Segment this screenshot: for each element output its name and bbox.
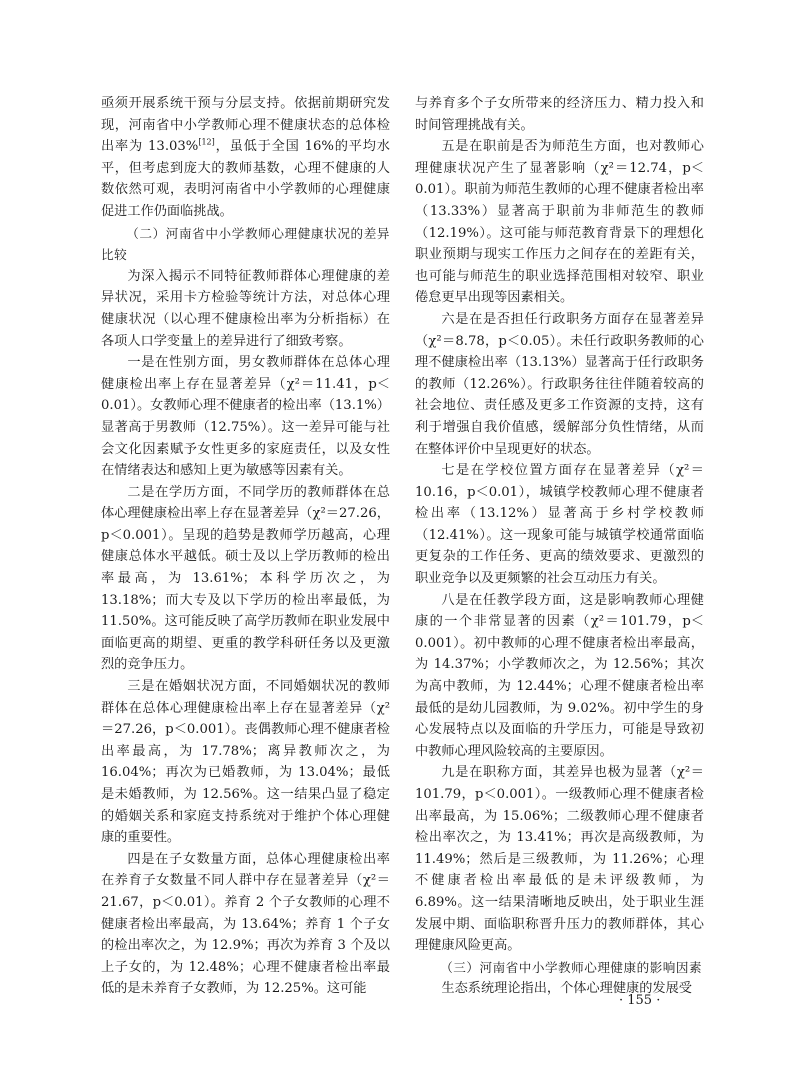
page-number: · 155 ·	[619, 993, 660, 1008]
right-column: 与养育多个子女所带来的经济压力、精力投入和时间管理挑战有关。 五是在职前是否为师…	[415, 93, 704, 1000]
paragraph-school-location: 七是在学校位置方面存在显著差异（χ²＝10.16，p＜0.01），城镇学校教师心…	[415, 460, 704, 590]
paragraph-continuation: 亟须开展系统干预与分层支持。依据前期研究发现，河南省中小学教师心理不健康状态的总…	[101, 93, 390, 223]
paragraph-normal-student: 五是在职前是否为师范生方面，也对教师心理健康状况产生了显著影响（χ²＝12.74…	[415, 136, 704, 309]
paragraph-teaching-stage: 八是在任教学段方面，这是影响教师心理健康的一个非常显著的因素（χ²＝101.79…	[415, 590, 704, 763]
section-heading-3: （三）河南省中小学教师心理健康的影响因素	[415, 957, 704, 979]
paragraph-admin-role: 六是在是否担任行政职务方面存在显著差异（χ²＝8.78，p＜0.05）。未任行政…	[415, 309, 704, 460]
paragraph-continuation: 与养育多个子女所带来的经济压力、精力投入和时间管理挑战有关。	[415, 93, 704, 136]
citation[interactable]: [12]	[198, 138, 214, 147]
paragraph-marital: 三是在婚姻状况方面，不同婚姻状况的教师群体在总体心理健康检出率上存在显著差异（χ…	[101, 676, 390, 849]
paragraph-ecosystem: 生态系统理论指出，个体心理健康的发展受	[415, 978, 704, 1000]
paragraph-title-rank: 九是在职称方面，其差异也极为显著（χ²＝101.79，p＜0.001）。一级教师…	[415, 762, 704, 956]
paragraph-gender: 一是在性别方面，男女教师群体在总体心理健康检出率上存在显著差异（χ²＝11.41…	[101, 352, 390, 482]
left-column: 亟须开展系统干预与分层支持。依据前期研究发现，河南省中小学教师心理不健康状态的总…	[101, 93, 390, 1000]
paragraph-children: 四是在子女数量方面，总体心理健康检出率在养育子女数量不同人群中存在显著差异（χ²…	[101, 849, 390, 1000]
paragraph-intro: 为深入揭示不同特征教师群体心理健康的差异状况，采用卡方检验等统计方法，对总体心理…	[101, 266, 390, 352]
section-heading-2: （二）河南省中小学教师心理健康状况的差异比较	[101, 223, 390, 266]
paragraph-education: 二是在学历方面，不同学历的教师群体在总体心理健康检出率上存在显著差异（χ²＝27…	[101, 482, 390, 676]
